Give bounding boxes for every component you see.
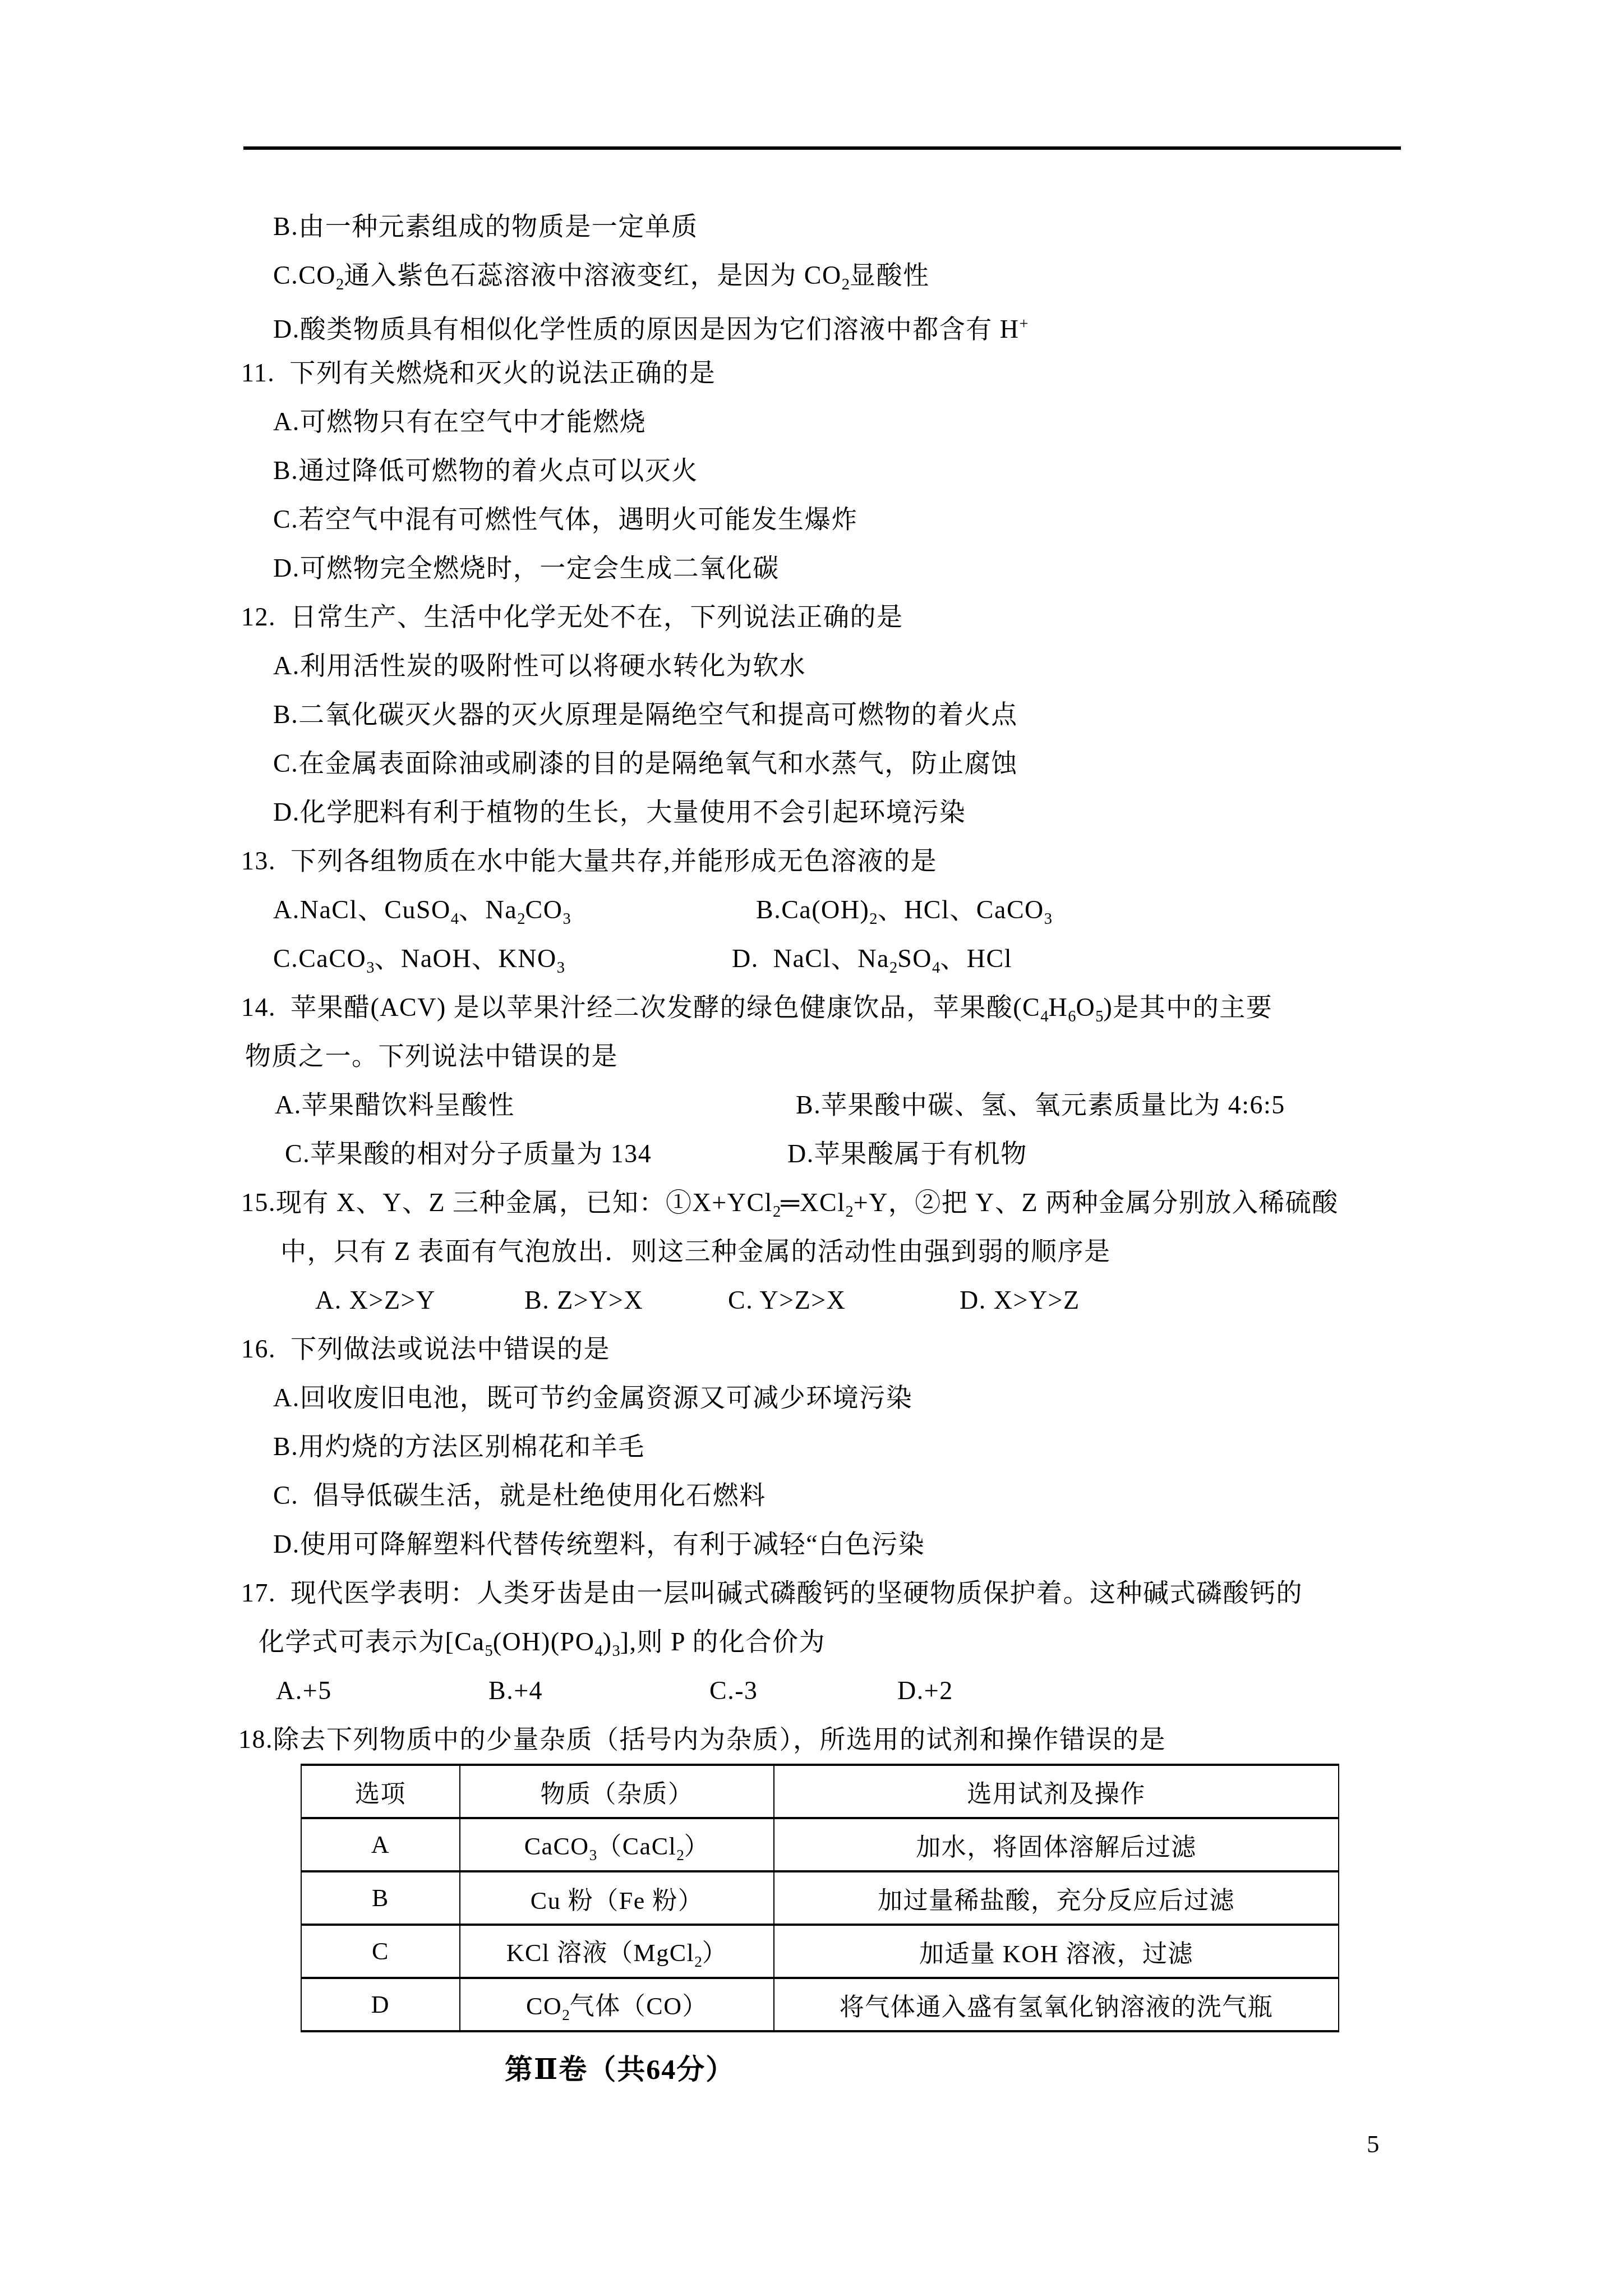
q15-option-c: C. Y>Z>X bbox=[728, 1276, 846, 1324]
q16-option-c: C. 倡导低碳生活，就是杜绝使用化石燃料 bbox=[0, 1471, 1623, 1520]
q10-option-c: C.CO2通入紫色石蕊溶液中溶液变红，是因为 CO2显酸性 bbox=[0, 251, 1623, 300]
q14-options-row1: A.苹果醋饮料呈酸性 B.苹果酸中碳、氢、氧元素质量比为 4:6:5 bbox=[0, 1080, 1623, 1129]
q17-option-c: C.-3 bbox=[709, 1666, 758, 1715]
q13-options-row2: C.CaCO3、NaOH、KNO3 D. NaCl、Na2SO4、HCl bbox=[0, 934, 1623, 983]
q18-table: 选项 物质（杂质） 选用试剂及操作 A CaCO3（CaCl2） 加水，将固体溶… bbox=[301, 1764, 1339, 2032]
q12-option-c: C.在金属表面除油或刷漆的目的是隔绝氧气和水蒸气，防止腐蚀 bbox=[0, 739, 1623, 788]
q17-option-a: A.+5 bbox=[276, 1666, 332, 1715]
table-header-reagent: 选用试剂及操作 bbox=[774, 1765, 1339, 1818]
table-header-substance: 物质（杂质） bbox=[460, 1765, 774, 1818]
q11-option-d: D.可燃物完全燃烧时，一定会生成二氧化碳 bbox=[0, 544, 1623, 592]
header-rule bbox=[243, 146, 1401, 150]
table-cell: 将气体通入盛有氢氧化钠溶液的洗气瓶 bbox=[774, 1978, 1339, 2031]
q14-stem-line2: 物质之一。下列说法中错误的是 bbox=[0, 1032, 1623, 1080]
table-row-b: B Cu 粉（Fe 粉） 加过量稀盐酸，充分反应后过滤 bbox=[301, 1871, 1339, 1925]
q15-option-d: D. X>Y>Z bbox=[960, 1276, 1080, 1324]
q17-option-b: B.+4 bbox=[488, 1666, 543, 1715]
q15-option-a: A. X>Z>Y bbox=[315, 1276, 436, 1324]
q12-option-d: D.化学肥料有利于植物的生长，大量使用不会引起环境污染 bbox=[0, 788, 1623, 836]
q15-option-b: B. Z>Y>X bbox=[524, 1276, 643, 1324]
page-content: B.由一种元素组成的物质是一定单质 C.CO2通入紫色石蕊溶液中溶液变红，是因为… bbox=[0, 202, 1623, 2087]
q14-option-b: B.苹果酸中碳、氢、氧元素质量比为 4:6:5 bbox=[796, 1080, 1285, 1129]
q17-option-d: D.+2 bbox=[897, 1666, 953, 1715]
q14-stem-line1: 14. 苹果醋(ACV) 是以苹果汁经二次发酵的绿色健康饮品，苹果酸(C4H6O… bbox=[0, 983, 1623, 1032]
q17-options-row: A.+5 B.+4 C.-3 D.+2 bbox=[0, 1666, 1623, 1715]
q14-option-c: C.苹果酸的相对分子质量为 134 bbox=[285, 1129, 652, 1178]
q17-stem-line1: 17. 现代医学表明：人类牙齿是由一层叫碱式磷酸钙的坚硬物质保护着。这种碱式磷酸… bbox=[0, 1568, 1623, 1617]
table-header-option: 选项 bbox=[301, 1765, 460, 1818]
q15-options-row: A. X>Z>Y B. Z>Y>X C. Y>Z>X D. X>Y>Z bbox=[0, 1276, 1623, 1324]
table-cell: B bbox=[301, 1871, 460, 1925]
table-row-a: A CaCO3（CaCl2） 加水，将固体溶解后过滤 bbox=[301, 1818, 1339, 1871]
table-cell: CO2气体（CO） bbox=[460, 1978, 774, 2031]
section-ii-heading: 第Ⅱ卷（共64分） bbox=[505, 2047, 1623, 2087]
table-cell: A bbox=[301, 1818, 460, 1871]
table-cell: Cu 粉（Fe 粉） bbox=[460, 1871, 774, 1925]
table-cell: CaCO3（CaCl2） bbox=[460, 1818, 774, 1871]
q11-option-a: A.可燃物只有在空气中才能燃烧 bbox=[0, 397, 1623, 446]
table-row-d: D CO2气体（CO） 将气体通入盛有氢氧化钠溶液的洗气瓶 bbox=[301, 1978, 1339, 2031]
table-header-row: 选项 物质（杂质） 选用试剂及操作 bbox=[301, 1765, 1339, 1818]
q10-option-d: D.酸类物质具有相似化学性质的原因是因为它们溶液中都含有 H+ bbox=[0, 300, 1623, 348]
page-number: 5 bbox=[1367, 2129, 1380, 2159]
table-cell: KCl 溶液（MgCl2） bbox=[460, 1925, 774, 1978]
table-row-c: C KCl 溶液（MgCl2） 加适量 KOH 溶液，过滤 bbox=[301, 1925, 1339, 1978]
q11-option-b: B.通过降低可燃物的着火点可以灭火 bbox=[0, 446, 1623, 495]
exam-page: B.由一种元素组成的物质是一定单质 C.CO2通入紫色石蕊溶液中溶液变红，是因为… bbox=[0, 0, 1623, 2296]
q16-stem: 16. 下列做法或说法中错误的是 bbox=[0, 1324, 1623, 1373]
q17-stem-line2: 化学式可表示为[Ca5(OH)(PO4)3],则 P 的化合价为 bbox=[0, 1617, 1623, 1666]
q12-option-b: B.二氧化碳灭火器的灭火原理是隔绝空气和提高可燃物的着火点 bbox=[0, 690, 1623, 739]
q12-option-a: A.利用活性炭的吸附性可以将硬水转化为软水 bbox=[0, 641, 1623, 690]
q15-stem-line2: 中，只有 Z 表面有气泡放出．则这三种金属的活动性由强到弱的顺序是 bbox=[0, 1227, 1623, 1276]
q11-option-c: C.若空气中混有可燃性气体，遇明火可能发生爆炸 bbox=[0, 495, 1623, 544]
q13-options-row1: A.NaCl、CuSO4、Na2CO3 B.Ca(OH)2、HCl、CaCO3 bbox=[0, 885, 1623, 934]
table-cell: 加水，将固体溶解后过滤 bbox=[774, 1818, 1339, 1871]
q18-stem: 18.除去下列物质中的少量杂质（括号内为杂质），所选用的试剂和操作错误的是 bbox=[0, 1715, 1623, 1764]
table-cell: 加过量稀盐酸，充分反应后过滤 bbox=[774, 1871, 1339, 1925]
q16-option-a: A.回收废旧电池，既可节约金属资源又可减少环境污染 bbox=[0, 1373, 1623, 1422]
q15-stem-line1: 15.现有 X、Y、Z 三种金属，已知：①X+YCl2═XCl2+Y，②把 Y、… bbox=[0, 1178, 1623, 1227]
q14-option-a: A.苹果醋饮料呈酸性 bbox=[275, 1080, 515, 1129]
table-cell: C bbox=[301, 1925, 460, 1978]
table-cell: 加适量 KOH 溶液，过滤 bbox=[774, 1925, 1339, 1978]
q10-option-b: B.由一种元素组成的物质是一定单质 bbox=[0, 202, 1623, 251]
q12-stem: 12. 日常生产、生活中化学无处不在，下列说法正确的是 bbox=[0, 592, 1623, 641]
table-cell: D bbox=[301, 1978, 460, 2031]
q16-option-d: D.使用可降解塑料代替传统塑料，有利于减轻“白色污染 bbox=[0, 1520, 1623, 1568]
q13-stem: 13. 下列各组物质在水中能大量共存,并能形成无色溶液的是 bbox=[0, 836, 1623, 885]
q14-options-row2: C.苹果酸的相对分子质量为 134 D.苹果酸属于有机物 bbox=[0, 1129, 1623, 1178]
q16-option-b: B.用灼烧的方法区别棉花和羊毛 bbox=[0, 1422, 1623, 1471]
q14-option-d: D.苹果酸属于有机物 bbox=[787, 1129, 1027, 1178]
q11-stem: 11. 下列有关燃烧和灭火的说法正确的是 bbox=[0, 348, 1623, 397]
